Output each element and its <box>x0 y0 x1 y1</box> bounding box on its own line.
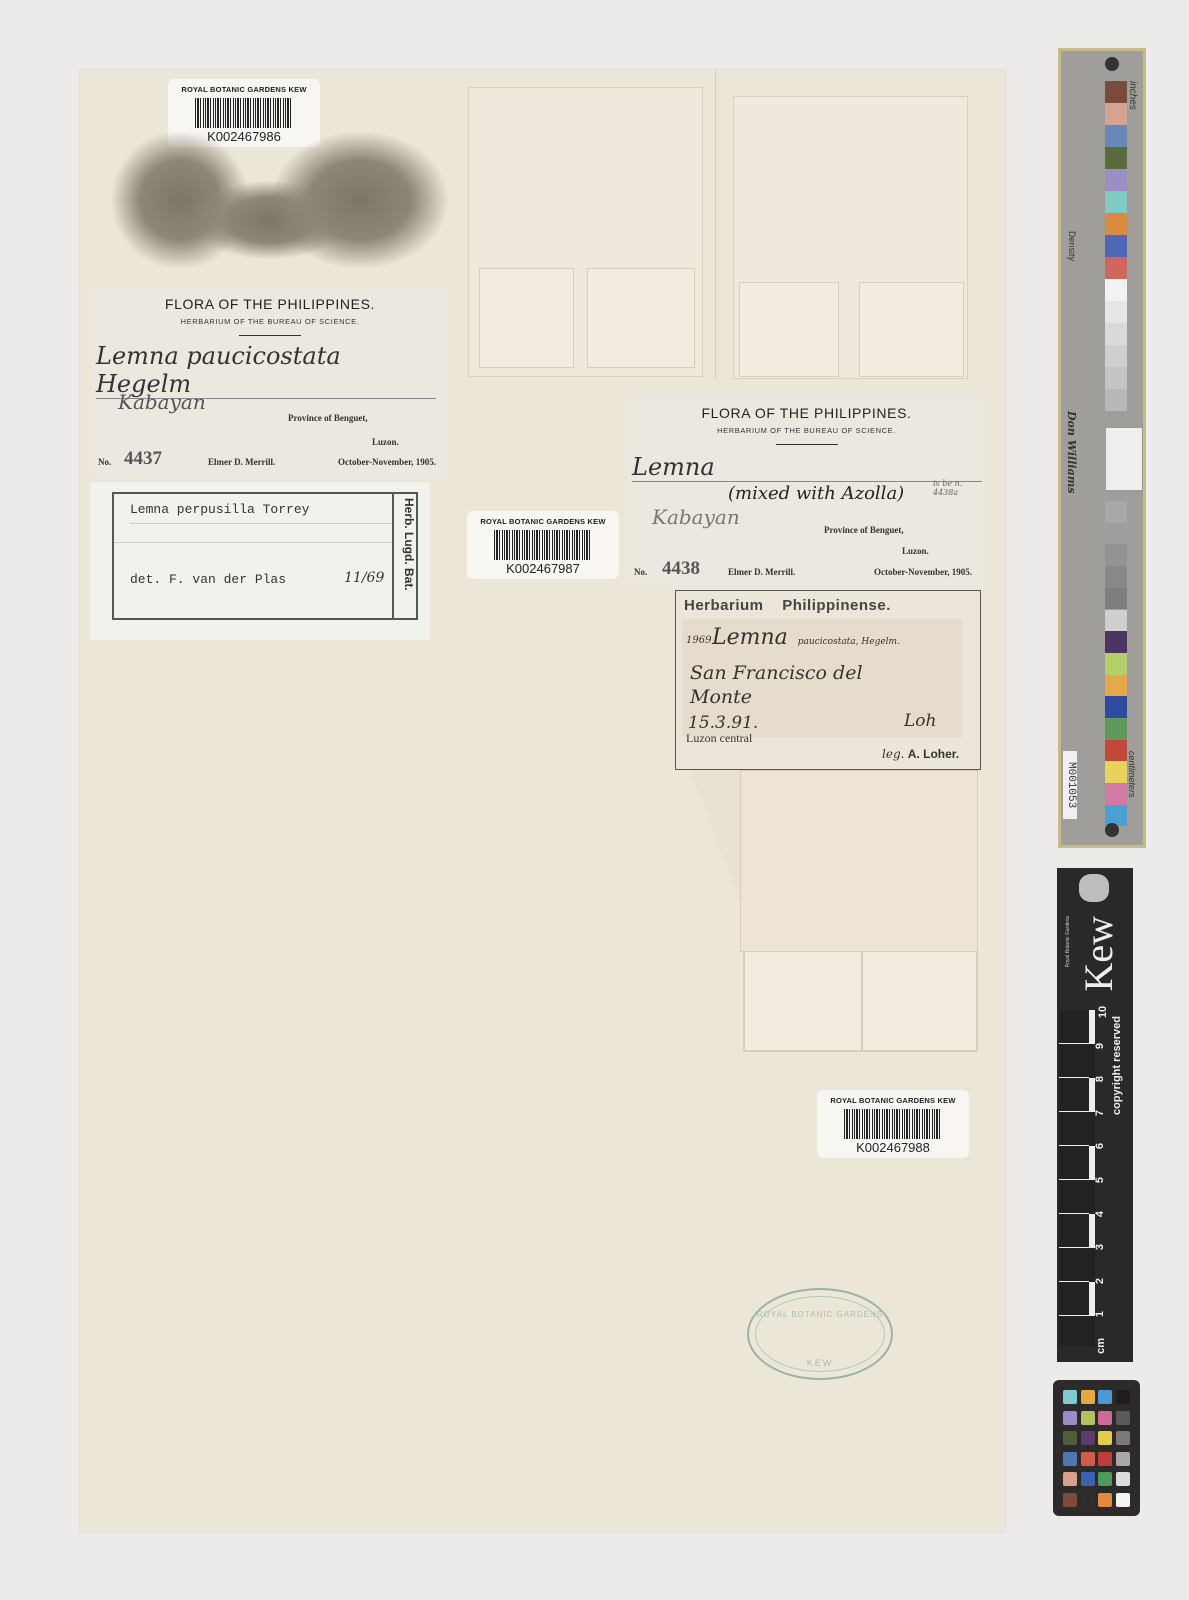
color-swatch <box>1105 588 1127 610</box>
envelope-flap <box>862 951 977 1051</box>
envelope-flap <box>740 770 978 952</box>
kew-logo: Kew <box>1075 916 1122 992</box>
locality: Kabayan <box>118 390 206 414</box>
herbarium-sheet: ROYAL BOTANIC GARDENS KEW K002467986 FLO… <box>80 70 1005 1532</box>
bar-id: M001053 <box>1063 751 1077 819</box>
stamp-top-text: ROYAL BOTANIC GARDENS <box>749 1310 891 1319</box>
density-label: Density <box>1067 231 1077 261</box>
barcode-icon <box>494 530 592 560</box>
det-species: Lemna perpusilla Torrey <box>130 502 392 524</box>
color-patch <box>1081 1472 1095 1486</box>
label-subtitle: HERBARIUM OF THE BUREAU OF SCIENCE. <box>628 426 985 435</box>
collection-date: October-November, 1905. <box>338 457 436 467</box>
brand-label: Don Williams <box>1065 411 1078 494</box>
color-patch <box>1081 1411 1095 1425</box>
label-rule <box>776 444 838 445</box>
determination-label: Lemna perpusilla Torrey det. F. van der … <box>90 482 430 640</box>
cm-ruler <box>1059 1010 1089 1346</box>
det-date: 11/69 <box>344 570 384 586</box>
cm-tick: 7 <box>1094 1110 1106 1116</box>
color-patch <box>1116 1411 1130 1425</box>
barcode-label-3: ROYAL BOTANIC GARDENS KEW K002467988 <box>817 1090 969 1158</box>
color-patch <box>1098 1390 1112 1404</box>
province: Province of Benguet, <box>288 413 368 423</box>
collector: Elmer D. Merrill. <box>728 567 795 577</box>
number-prefix: No. <box>634 567 647 577</box>
color-patch <box>1116 1390 1130 1404</box>
cm-tick: 1 <box>1094 1311 1106 1317</box>
color-patch <box>1081 1493 1095 1507</box>
color-swatch <box>1105 169 1127 191</box>
species-side-note: is be n. 4438a <box>933 479 985 497</box>
color-patch <box>1063 1472 1077 1486</box>
det-rule <box>114 542 392 543</box>
collection-number: 4437 <box>124 448 162 470</box>
herb-locality: San Francisco del Monte <box>690 661 890 709</box>
herb-region: Luzon central <box>686 731 752 746</box>
island: Luzon. <box>372 437 399 447</box>
color-checker-card <box>1053 1380 1140 1516</box>
color-patch <box>1063 1452 1077 1466</box>
copyright-text: copyright reserved <box>1111 1016 1123 1115</box>
units-inches: inches <box>1127 81 1138 110</box>
barcode-number: K002467988 <box>817 1140 969 1155</box>
color-swatch <box>1105 718 1127 740</box>
cm-tick: 8 <box>1094 1076 1106 1082</box>
det-herbarium: Herb. Lugd. Bat. <box>398 498 416 616</box>
label-title: FLORA OF THE PHILIPPINES. <box>628 405 985 421</box>
kew-stamp: ROYAL BOTANIC GARDENS KEW <box>747 1288 893 1380</box>
sheet-fold-divider <box>715 70 716 380</box>
color-patch <box>1116 1493 1130 1507</box>
det-box: Lemna perpusilla Torrey det. F. van der … <box>112 492 418 620</box>
color-swatch <box>1105 675 1127 697</box>
label-rule <box>239 335 301 336</box>
kew-subbrand: Royal Botanic Gardens <box>1065 916 1071 967</box>
cm-tick: 10 <box>1097 1006 1109 1018</box>
color-patch <box>1098 1472 1112 1486</box>
color-swatch <box>1105 501 1127 523</box>
color-patch <box>1081 1431 1095 1445</box>
envelope-flap <box>739 282 839 377</box>
envelope-packet-1 <box>468 87 703 377</box>
color-swatch <box>1105 610 1127 632</box>
collection-date: October-November, 1905. <box>874 567 972 577</box>
royal-crest-icon <box>1079 874 1109 902</box>
color-patch <box>1098 1452 1112 1466</box>
species-note: (mixed with Azolla) <box>728 483 904 504</box>
color-patch <box>1063 1390 1077 1404</box>
label-subtitle: HERBARIUM OF THE BUREAU OF SCIENCE. <box>92 317 448 326</box>
number-prefix: No. <box>98 457 111 467</box>
herb-collector-hand: Loh <box>904 711 936 731</box>
herb-genus: Lemna <box>712 625 788 650</box>
leg-text: leg. <box>882 747 904 761</box>
envelope-packet-3 <box>743 770 978 1052</box>
color-patch <box>1098 1493 1112 1507</box>
color-swatch <box>1105 696 1127 718</box>
cm-tick: 4 <box>1094 1211 1106 1217</box>
color-swatch <box>1105 191 1127 213</box>
color-patch <box>1081 1452 1095 1466</box>
herb-species: Lemnapaucicostata, Hegelm. <box>712 625 962 650</box>
cm-unit: cm <box>1095 1338 1107 1354</box>
color-patch <box>1116 1472 1130 1486</box>
barcode-label-2: ROYAL BOTANIC GARDENS KEW K002467987 <box>467 511 619 579</box>
plant-specimen-right <box>270 130 450 270</box>
det-determiner: det. F. van der Plas <box>130 572 286 587</box>
color-swatch <box>1105 147 1127 169</box>
herb-leg: leg. A. Loher. <box>882 747 959 761</box>
color-swatch <box>1105 783 1127 805</box>
color-patch <box>1116 1431 1130 1445</box>
herb-title: Herbarium Philippinense. <box>684 597 891 614</box>
label-title: FLORA OF THE PHILIPPINES. <box>92 296 448 312</box>
barcode-number: K002467987 <box>467 561 619 576</box>
color-swatch <box>1105 345 1127 367</box>
color-swatch <box>1105 740 1127 762</box>
color-swatch <box>1105 631 1127 653</box>
color-patch <box>1063 1431 1077 1445</box>
collector: Elmer D. Merrill. <box>208 457 275 467</box>
color-patch <box>1063 1411 1077 1425</box>
cm-tick: 9 <box>1094 1043 1106 1049</box>
cm-tick: 3 <box>1094 1244 1106 1250</box>
color-swatch <box>1105 103 1127 125</box>
herb-number: 1969 <box>686 635 711 646</box>
color-swatch <box>1105 523 1127 545</box>
barcode-org: ROYAL BOTANIC GARDENS KEW <box>817 1096 969 1105</box>
color-swatch <box>1105 279 1127 301</box>
herb-epithet: paucicostata, Hegelm. <box>798 637 900 647</box>
color-swatch <box>1105 235 1127 257</box>
stamp-bottom-text: KEW <box>749 1358 891 1368</box>
resolution-target <box>1105 427 1143 491</box>
color-swatch <box>1105 301 1127 323</box>
color-swatch <box>1105 257 1127 279</box>
barcode-org: ROYAL BOTANIC GARDENS KEW <box>467 517 619 526</box>
cm-tick: 5 <box>1094 1177 1106 1183</box>
color-swatch <box>1105 81 1127 103</box>
barcode-icon <box>844 1109 942 1139</box>
color-swatch <box>1105 653 1127 675</box>
envelope-flap <box>587 268 695 368</box>
color-swatch <box>1105 544 1127 566</box>
color-swatch <box>1105 213 1127 235</box>
kew-scale-bar: Kew Royal Botanic Gardens copyright rese… <box>1057 868 1133 1362</box>
collector-name: A. Loher. <box>908 747 959 761</box>
hole-top-icon <box>1105 57 1119 71</box>
color-patch <box>1098 1431 1112 1445</box>
color-patch <box>1116 1452 1130 1466</box>
flora-label-4438: FLORA OF THE PHILIPPINES. HERBARIUM OF T… <box>628 396 985 586</box>
det-divider <box>392 494 394 618</box>
color-patch <box>1063 1493 1077 1507</box>
locality: Kabayan <box>652 505 740 529</box>
envelope-flap <box>859 282 964 377</box>
island: Luzon. <box>902 546 929 556</box>
collection-number: 4438 <box>662 558 700 580</box>
province: Province of Benguet, <box>824 525 904 535</box>
envelope-packet-2 <box>733 96 968 379</box>
cm-tick: 6 <box>1094 1143 1106 1149</box>
envelope-flap <box>744 951 862 1051</box>
hole-bottom-icon <box>1105 823 1119 837</box>
color-swatch <box>1105 389 1127 411</box>
color-swatch <box>1105 323 1127 345</box>
color-swatch <box>1105 566 1127 588</box>
color-patch <box>1081 1390 1095 1404</box>
units-centimeters: centimeters <box>1127 751 1137 798</box>
color-swatch <box>1105 125 1127 147</box>
color-patch <box>1098 1411 1112 1425</box>
color-calibration-bar: inches Density Don Williams M001053 cent… <box>1058 48 1146 848</box>
color-swatch <box>1105 367 1127 389</box>
cm-tick: 2 <box>1094 1278 1106 1284</box>
herbarium-philippinense-label: Herbarium Philippinense. 1969 Lemnapauci… <box>675 590 981 770</box>
herb-date: 15.3.91. <box>688 713 758 733</box>
color-swatch <box>1105 761 1127 783</box>
species-name: Lemna <box>632 453 982 482</box>
envelope-flap <box>479 268 574 368</box>
flora-label-4437: FLORA OF THE PHILIPPINES. HERBARIUM OF T… <box>92 288 448 478</box>
barcode-org: ROYAL BOTANIC GARDENS KEW <box>168 85 320 94</box>
